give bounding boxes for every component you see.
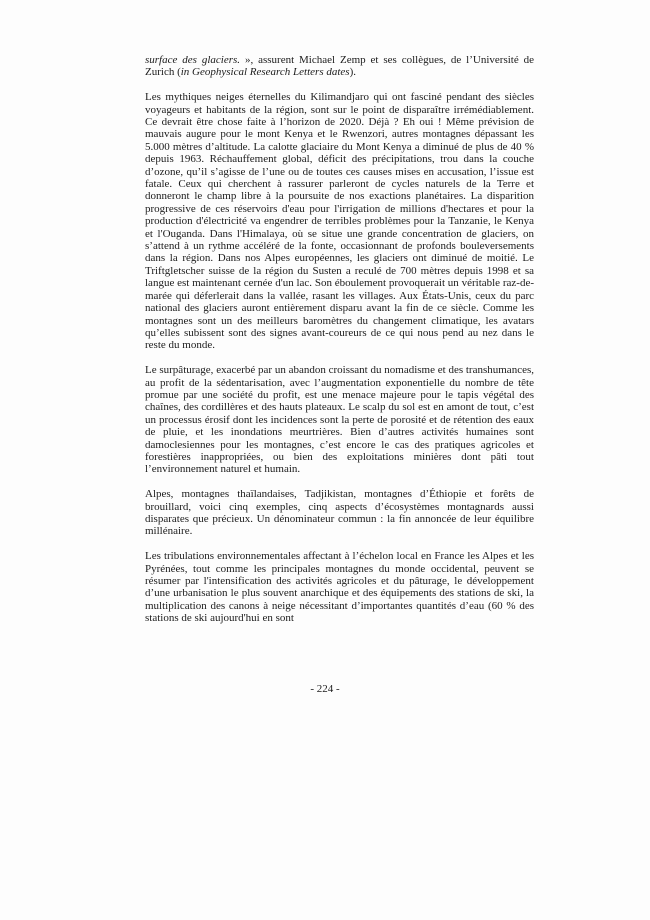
paragraph: Les tribulations environnementales affec… [145,550,534,624]
paragraph: Alpes, montagnes thaïlandaises, Tadjikis… [145,488,534,538]
text-segment: Alpes, montagnes thaïlandaises, Tadjikis… [145,488,534,537]
text-segment: Les tribulations environnementales affec… [145,550,534,624]
paragraph: surface des glaciers. », assurent Michae… [145,54,534,79]
text-segment: Le surpâturage, exacerbé par un abandon … [145,364,534,475]
paragraph: Les mythiques neiges éternelles du Kilim… [145,91,534,352]
paragraph: Le surpâturage, exacerbé par un abandon … [145,364,534,476]
italic-text-segment: in Geophysical Research Letters dates [181,66,350,78]
page-number: - 224 - [0,683,650,695]
text-segment: Les mythiques neiges éternelles du Kilim… [145,91,534,351]
text-segment: ). [350,66,356,78]
page-content: surface des glaciers. », assurent Michae… [145,54,534,625]
document-page: surface des glaciers. », assurent Michae… [0,0,650,920]
italic-text-segment: surface des glaciers. [145,54,245,66]
